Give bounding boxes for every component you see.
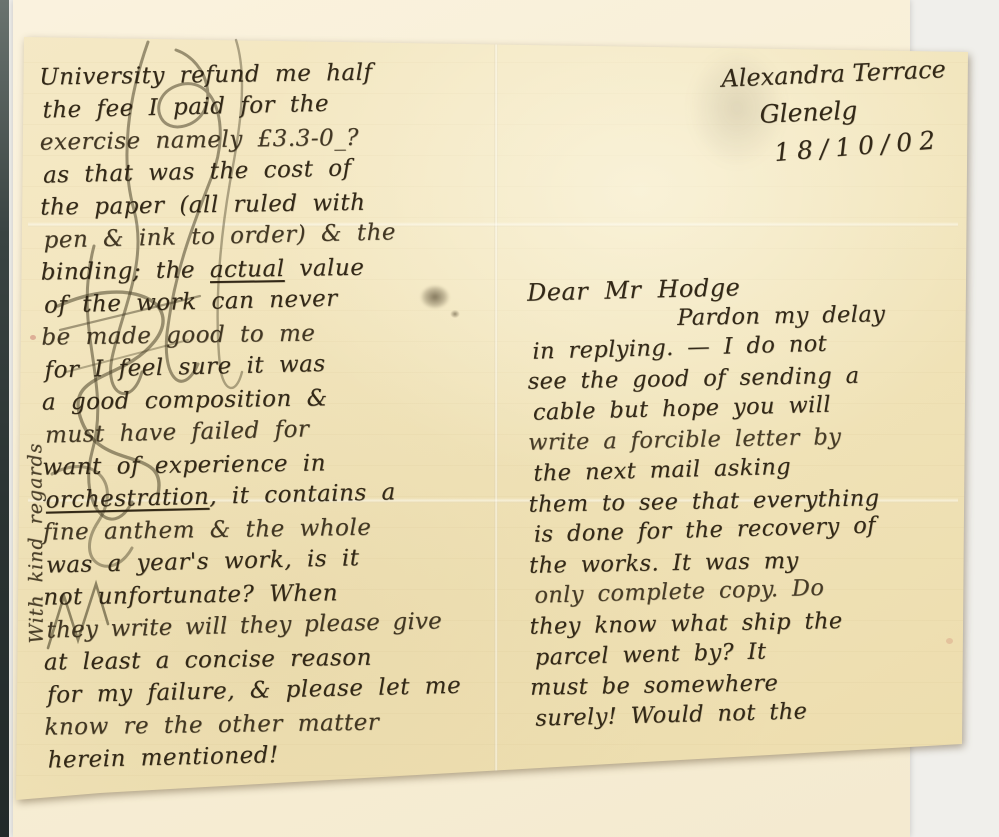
scanned-letter: Alexandra Terrace Glenelg 18/10/02 Unive… [0, 0, 999, 837]
left-page-text: University refund me halfthe fee I paid … [39, 58, 515, 777]
handwriting-layer: Alexandra Terrace Glenelg 18/10/02 Unive… [0, 0, 999, 837]
letter-heading: Alexandra Terrace Glenelg 18/10/02 [721, 58, 982, 160]
right-page-body: Pardon my delayin replying. — I do notse… [527, 302, 978, 734]
letter-date: 18/10/02 [773, 122, 983, 167]
address-line-1: Alexandra Terrace [721, 54, 982, 93]
margin-note: With kind regards [24, 364, 48, 644]
address-line-2: Glenelg [759, 90, 982, 128]
right-page-text: Dear Mr Hodge Pardon my delayin replying… [527, 268, 979, 734]
